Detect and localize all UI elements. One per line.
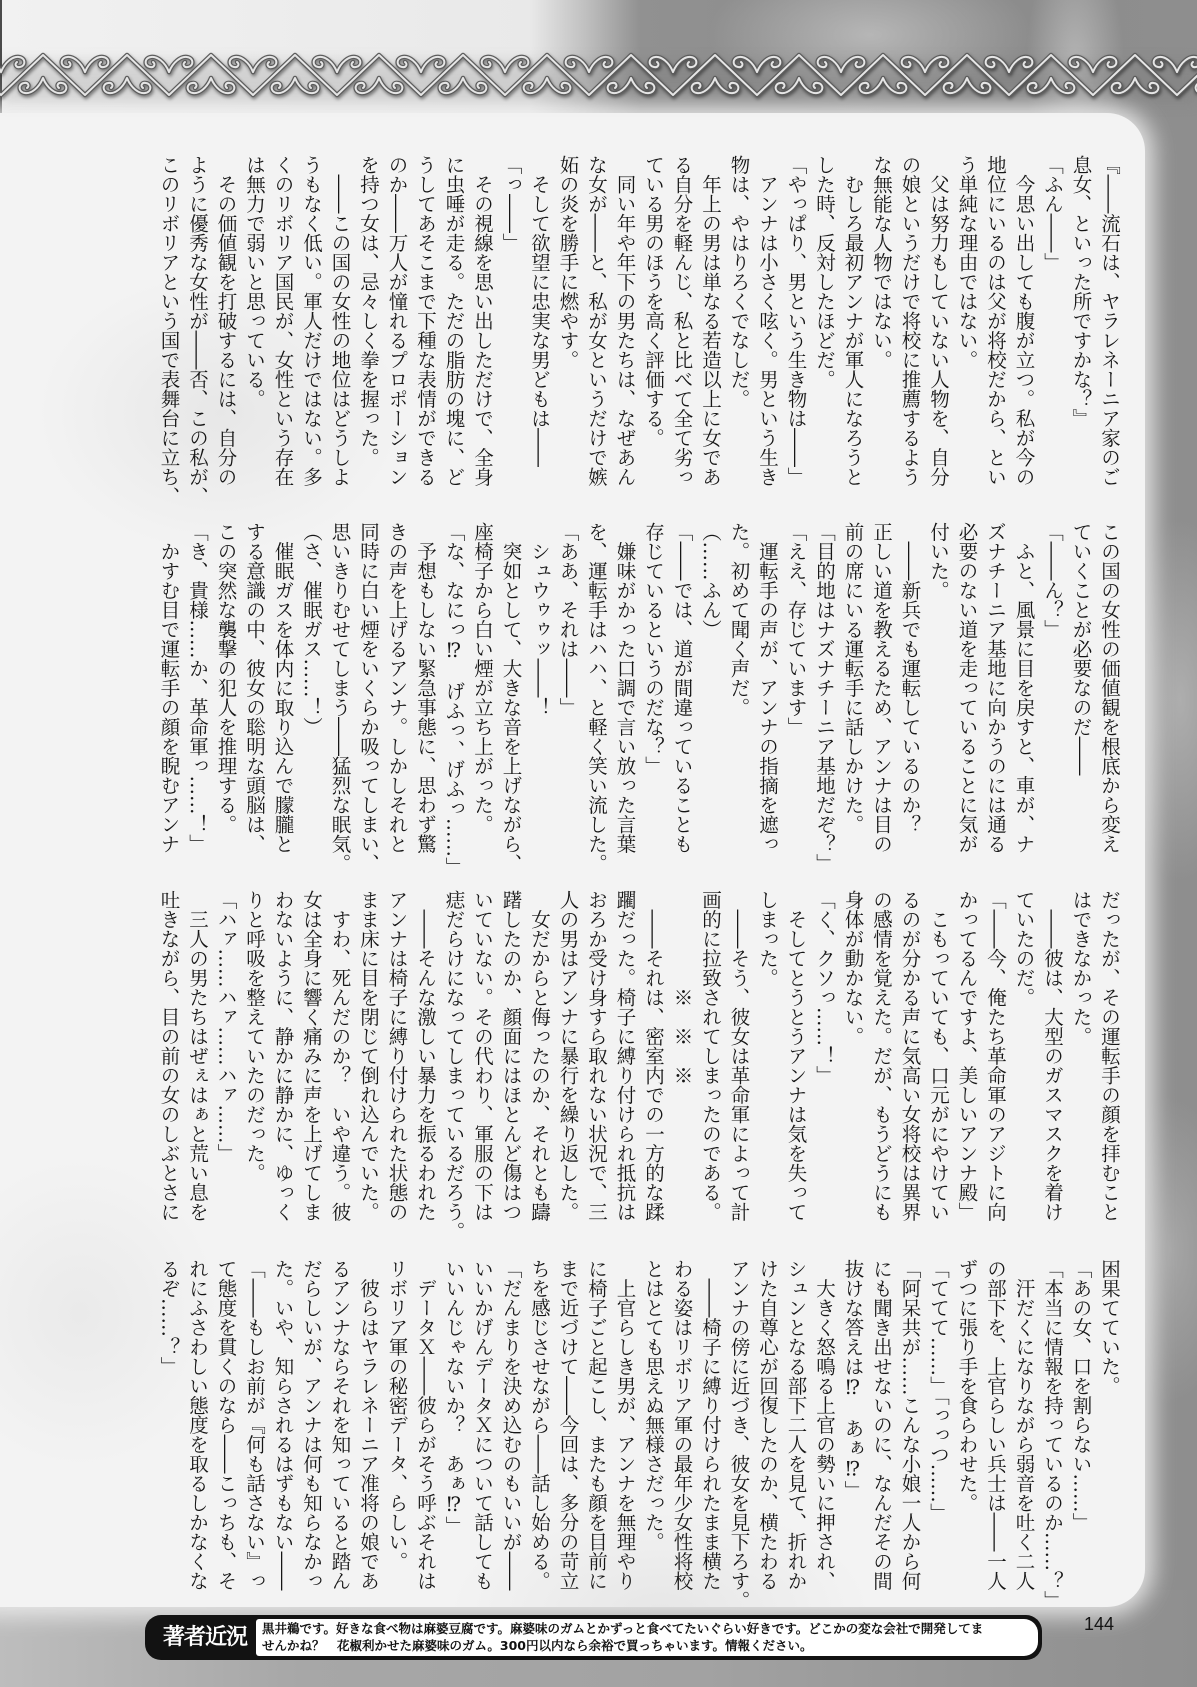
text-column: このリボリアという国で表舞台に立ち、 [154, 155, 183, 487]
text-column: ――新兵でも運転しているのか？ [895, 522, 924, 854]
text-column: リボリア軍の秘密データ、らしい。 [382, 1259, 411, 1591]
text-column: 人の男はアンナに暴行を繰り返した。 [553, 890, 582, 1222]
text-column: ――そう、彼女は革命軍によって計 [724, 890, 753, 1222]
text-column: の部下を、上官らしい兵士は――一人 [981, 1259, 1010, 1591]
text-column: はできなかった。 [1066, 890, 1095, 1222]
text-column: いていない。その代わり、軍服の下は [468, 890, 497, 1222]
text-column: 突如として、大きな音を上げながら、 [496, 522, 525, 854]
text-column: 三人の男たちはぜぇはぁと荒い息を [183, 890, 212, 1222]
text-column: データＸ――彼らがそう呼ぶそれは [411, 1259, 440, 1591]
text-column: る自分を軽んじ、私と比べて全て劣っ [667, 155, 696, 487]
text-column: まま床に目を閉じて倒れ込んでいた。 [354, 890, 383, 1222]
text-column: 同い年や年下の男たちは、なぜあん [610, 155, 639, 487]
text-column: るアンナならそれを知っていると踏ん [325, 1259, 354, 1591]
text-column: 痣だらけになってしまっているだろう。 [439, 890, 468, 1222]
text-column: 困果てていた。 [1095, 1259, 1124, 1591]
text-column: 女だからと侮ったのか、それとも躊 [525, 890, 554, 1222]
text-column: ――この国の女性の地位はどうしよ [325, 155, 354, 487]
text-column: ――そんな激しい暴力を振るわれた [411, 890, 440, 1222]
text-column: にも聞き出せないのに、なんだその間 [867, 1259, 896, 1591]
text-column: 妬の炎を勝手に燃やす。 [553, 155, 582, 487]
text-column: ――椅子に縛り付けられたまま横た [696, 1259, 725, 1591]
text-column: この国の女性の価値観を根底から変え [1095, 522, 1124, 854]
text-column: いいかげんデータＸについて話しても [468, 1259, 497, 1591]
text-tier-2: この国の女性の価値観を根底から変え ていくことが必要なのだ―― 「――ん？」 ふ… [154, 522, 1123, 854]
text-column: 彼らはヤラレネーニア准将の娘であ [354, 1259, 383, 1591]
page-number: 144 [1084, 1614, 1114, 1635]
text-column: （……ふん） [696, 522, 725, 854]
text-column: 嫌味がかった口調で言い放った言葉 [610, 522, 639, 854]
text-column: くのリボリア国民が、女性という存在 [268, 155, 297, 487]
text-column: 「あの女、口を割らない……」 [1066, 1259, 1095, 1591]
text-column: 上官らしき男が、アンナを無理やり [610, 1259, 639, 1591]
text-column: ズナチーニア基地に向かうのには通る [981, 522, 1010, 854]
text-column: 「――では、道が間違っていることも [667, 522, 696, 854]
text-column: 付いた。 [924, 522, 953, 854]
text-column: 存じているというのだな？」 [639, 522, 668, 854]
text-column: 「やっぱり、男という生き物は――」 [781, 155, 810, 487]
text-column: れにふさわしい態度を取るしかなくな [183, 1259, 212, 1591]
text-column: アンナは椅子に縛り付けられた状態の [382, 890, 411, 1222]
text-column: 「――もしお前が『何も話さない』っ [240, 1259, 269, 1591]
text-column: かってるんですよ、美しいアンナ殿」 [952, 890, 981, 1222]
author-note-text: 黒井鵜です。好きな食べ物は麻婆豆腐です。麻婆味のガムとかずっと食べてたいぐらい好… [256, 1619, 1038, 1656]
text-column: 「ててて……」「っっつ……」 [924, 1259, 953, 1591]
text-column: 座椅子から白い煙が立ち上がった。 [468, 522, 497, 854]
text-column: 予想もしない緊急事態に、思わず驚 [411, 522, 440, 854]
author-note-line: 黒井鵜です。好きな食べ物は麻婆豆腐です。麻婆味のガムとかずっと食べてたいぐらい好… [262, 1621, 1032, 1638]
text-column: 息女、といった所ですかな？』 [1066, 155, 1095, 487]
text-tier-3: だったが、その運転手の顔を拝むこと はできなかった。 ――彼は、大型のガスマスク… [154, 890, 1123, 1222]
text-column: その価値観を打破するには、自分の [211, 155, 240, 487]
text-column: のか――万人が憧れるプロポーション [382, 155, 411, 487]
text-column: ていたのだ。 [1009, 890, 1038, 1222]
text-column: （さ、催眠ガス……！） [297, 522, 326, 854]
text-column: 身体が動かない。 [838, 890, 867, 1222]
author-note-line: せんかね？ 花椒利かせた麻婆味のガム。300円以内なら余裕で買っちゃいます。情報… [262, 1638, 1032, 1655]
text-column: きの声を上げるアンナ。しかしそれと [382, 522, 411, 854]
text-column: まで近づけて――今回は、多分の苛立 [553, 1259, 582, 1591]
text-column: むしろ最初アンナが軍人になろうと [838, 155, 867, 487]
text-column: アンナの傍に近づき、彼女を見下ろす。 [724, 1259, 753, 1591]
text-column: 物は、やはりろくでなしだ。 [724, 155, 753, 487]
text-column: シュンとなる部下二人を見て、折れか [781, 1259, 810, 1591]
text-column: は無力で弱いと思っている。 [240, 155, 269, 487]
text-column: シュウゥゥッ――！ [525, 522, 554, 854]
text-column: な無能な人物ではない。 [867, 155, 896, 487]
text-column: 地位にいるのは父が将校だから、とい [981, 155, 1010, 487]
author-note-box: 著者近況 黒井鵜です。好きな食べ物は麻婆豆腐です。麻婆味のガムとかずっと食べてた… [145, 1615, 1042, 1660]
author-note-label: 著者近況 [155, 1615, 255, 1660]
text-tier-4: 困果てていた。 「あの女、口を割らない……」 「本当に情報を持っているのか……？… [154, 1259, 1123, 1591]
text-column: 「だんまりを決め込むのもいいが―― [496, 1259, 525, 1591]
text-column: に虫唾が走る。ただの脂肪の塊に、ど [439, 155, 468, 487]
heart-border-decoration [0, 52, 1197, 98]
text-column: の娘というだけで将校に推薦するよう [895, 155, 924, 487]
text-column: その視線を思い出しただけで、全身 [468, 155, 497, 487]
text-column: 女は全身に響く痛みに声を上げてしま [297, 890, 326, 1222]
text-column: した時、反対したほどだ。 [810, 155, 839, 487]
text-column: りと呼吸を整えていたのだった。 [240, 890, 269, 1222]
text-column: うもなく低い。軍人だけではない。多 [297, 155, 326, 487]
text-column: るのが分かる声に気高い女将校は異界 [895, 890, 924, 1222]
text-column: 正しい道を教えるため、アンナは目の [867, 522, 896, 854]
text-column: 大きく怒鳴る上官の勢いに押され、 [810, 1259, 839, 1591]
text-column: いいんじゃないか？ あぁ⁉」 [439, 1259, 468, 1591]
text-column: 運転手の声が、アンナの指摘を遮っ [753, 522, 782, 854]
text-column: ている男のほうを高く評価する。 [639, 155, 668, 487]
text-column: 抜けな答えは⁉ あぁ⁉」 [838, 1259, 867, 1591]
text-column: 躙だった。椅子に縛り付けられ抵抗は [610, 890, 639, 1222]
text-tier-1: 『――流石は、ヤラレネーニア家のご 息女、といった所ですかな？』 「ふん――」 … [154, 155, 1123, 487]
text-column: この突然な襲撃の犯人を推理する。 [211, 522, 240, 854]
text-column: しまった。 [753, 890, 782, 1222]
text-column: 父は努力もしていない人物を、自分 [924, 155, 953, 487]
text-column: 「ええ、存じています」 [781, 522, 810, 854]
text-column: けた自尊心が回復したのか、横たわる [753, 1259, 782, 1591]
text-column: おろか受け身すら取れない状況で、三 [582, 890, 611, 1222]
text-column: する意識の中、彼女の聡明な頭脳は、 [240, 522, 269, 854]
text-column: すわ、死んだのか？ いや違う。彼 [325, 890, 354, 1222]
text-column: ていくことが必要なのだ―― [1066, 522, 1095, 854]
text-column: 「ああ、それは――」 [553, 522, 582, 854]
text-column: うしてあそこまで下種な表情ができる [411, 155, 440, 487]
text-column: ふと、風景に目を戻すと、車が、ナ [1009, 522, 1038, 854]
text-column: 「目的地はナズナチーニア基地だぞ？」 [810, 522, 839, 854]
text-column: 前の席にいる運転手に話しかけた。 [838, 522, 867, 854]
text-column: 吐きながら、目の前の女のしぶとさに [154, 890, 183, 1222]
text-column: ように優秀な女性が――否、この私が、 [183, 155, 212, 487]
text-column: 「ハァ……ハァ……ハァ……」 [211, 890, 240, 1222]
text-column: るぞ……？」 [154, 1259, 183, 1591]
text-column: ずつに張り手を食らわせた。 [952, 1259, 981, 1591]
text-column: とはとても思えぬ無様さだった。 [639, 1259, 668, 1591]
text-column: 「阿呆共が……こんな小娘一人から何 [895, 1259, 924, 1591]
text-column: ちを感じさせながら――話し始める。 [525, 1259, 554, 1591]
text-column: う単純な理由ではない。 [952, 155, 981, 487]
text-column: 躇したのか、顔面にはほとんど傷はつ [496, 890, 525, 1222]
text-column: だったが、その運転手の顔を拝むこと [1095, 890, 1124, 1222]
text-column: 「な、なにっ⁉ げふっ、げふっ……」 [439, 522, 468, 854]
text-column: ――それは、密室内での一方的な蹂 [639, 890, 668, 1222]
text-column: 「っ――」 [496, 155, 525, 487]
text-column: わないように、静かに静かに、ゆっく [268, 890, 297, 1222]
text-column: に椅子ごと起こし、またも顔を目前に [582, 1259, 611, 1591]
text-column: そしてとうとうアンナは気を失って [781, 890, 810, 1222]
text-column: 「ふん――」 [1038, 155, 1067, 487]
text-column: 「く、クソっ……！」 [810, 890, 839, 1222]
text-column: な女が――と、私が女というだけで嫉 [582, 155, 611, 487]
text-column: の感情を覚えた。だが、もうどうにも [867, 890, 896, 1222]
text-column: 年上の男は単なる若造以上に女であ [696, 155, 725, 487]
text-column: 催眠ガスを体内に取り込んで朦朧と [268, 522, 297, 854]
text-column: を、運転手はハハ、と軽く笑い流した。 [582, 522, 611, 854]
text-column: 汗だくになりながら弱音を吐く二人 [1009, 1259, 1038, 1591]
text-column: だらしいが、アンナは何も知らなかっ [297, 1259, 326, 1591]
scene-break-marker: ※ ※ ※ [667, 890, 696, 1222]
text-column: 必要のない道を走っていることに気が [952, 522, 981, 854]
text-column: 『――流石は、ヤラレネーニア家のご [1095, 155, 1124, 487]
text-column: 「――ん？」 [1038, 522, 1067, 854]
text-column: た。初めて聞く声だ。 [724, 522, 753, 854]
text-column: 「本当に情報を持っているのか……？」 [1038, 1259, 1067, 1591]
text-column: 「き、貴様……か、革命軍っ……！」 [183, 522, 212, 854]
text-column: そして欲望に忠実な男どもは―― [525, 155, 554, 487]
text-column: て態度を貫くのなら――こっちも、そ [211, 1259, 240, 1591]
text-column: を持つ女は、忌々しく拳を握った。 [354, 155, 383, 487]
text-column: わる姿はリボリア軍の最年少女性将校 [667, 1259, 696, 1591]
text-column: ――彼は、大型のガスマスクを着け [1038, 890, 1067, 1222]
text-column: かすむ目で運転手の顔を睨むアンナ [154, 522, 183, 854]
text-column: こもっていても、口元がにやけてい [924, 890, 953, 1222]
text-column: 同時に白い煙をいくらか吸ってしまい、 [354, 522, 383, 854]
text-column: 「――今、俺たち革命軍のアジトに向 [981, 890, 1010, 1222]
text-column: た。いや、知らされるはずもない―― [268, 1259, 297, 1591]
text-column: アンナは小さく呟く。男という生き [753, 155, 782, 487]
text-column: 思いきりむせてしまう――猛烈な眠気。 [325, 522, 354, 854]
text-column: 今思い出しても腹が立つ。私が今の [1009, 155, 1038, 487]
text-column: 画的に拉致されてしまったのである。 [696, 890, 725, 1222]
